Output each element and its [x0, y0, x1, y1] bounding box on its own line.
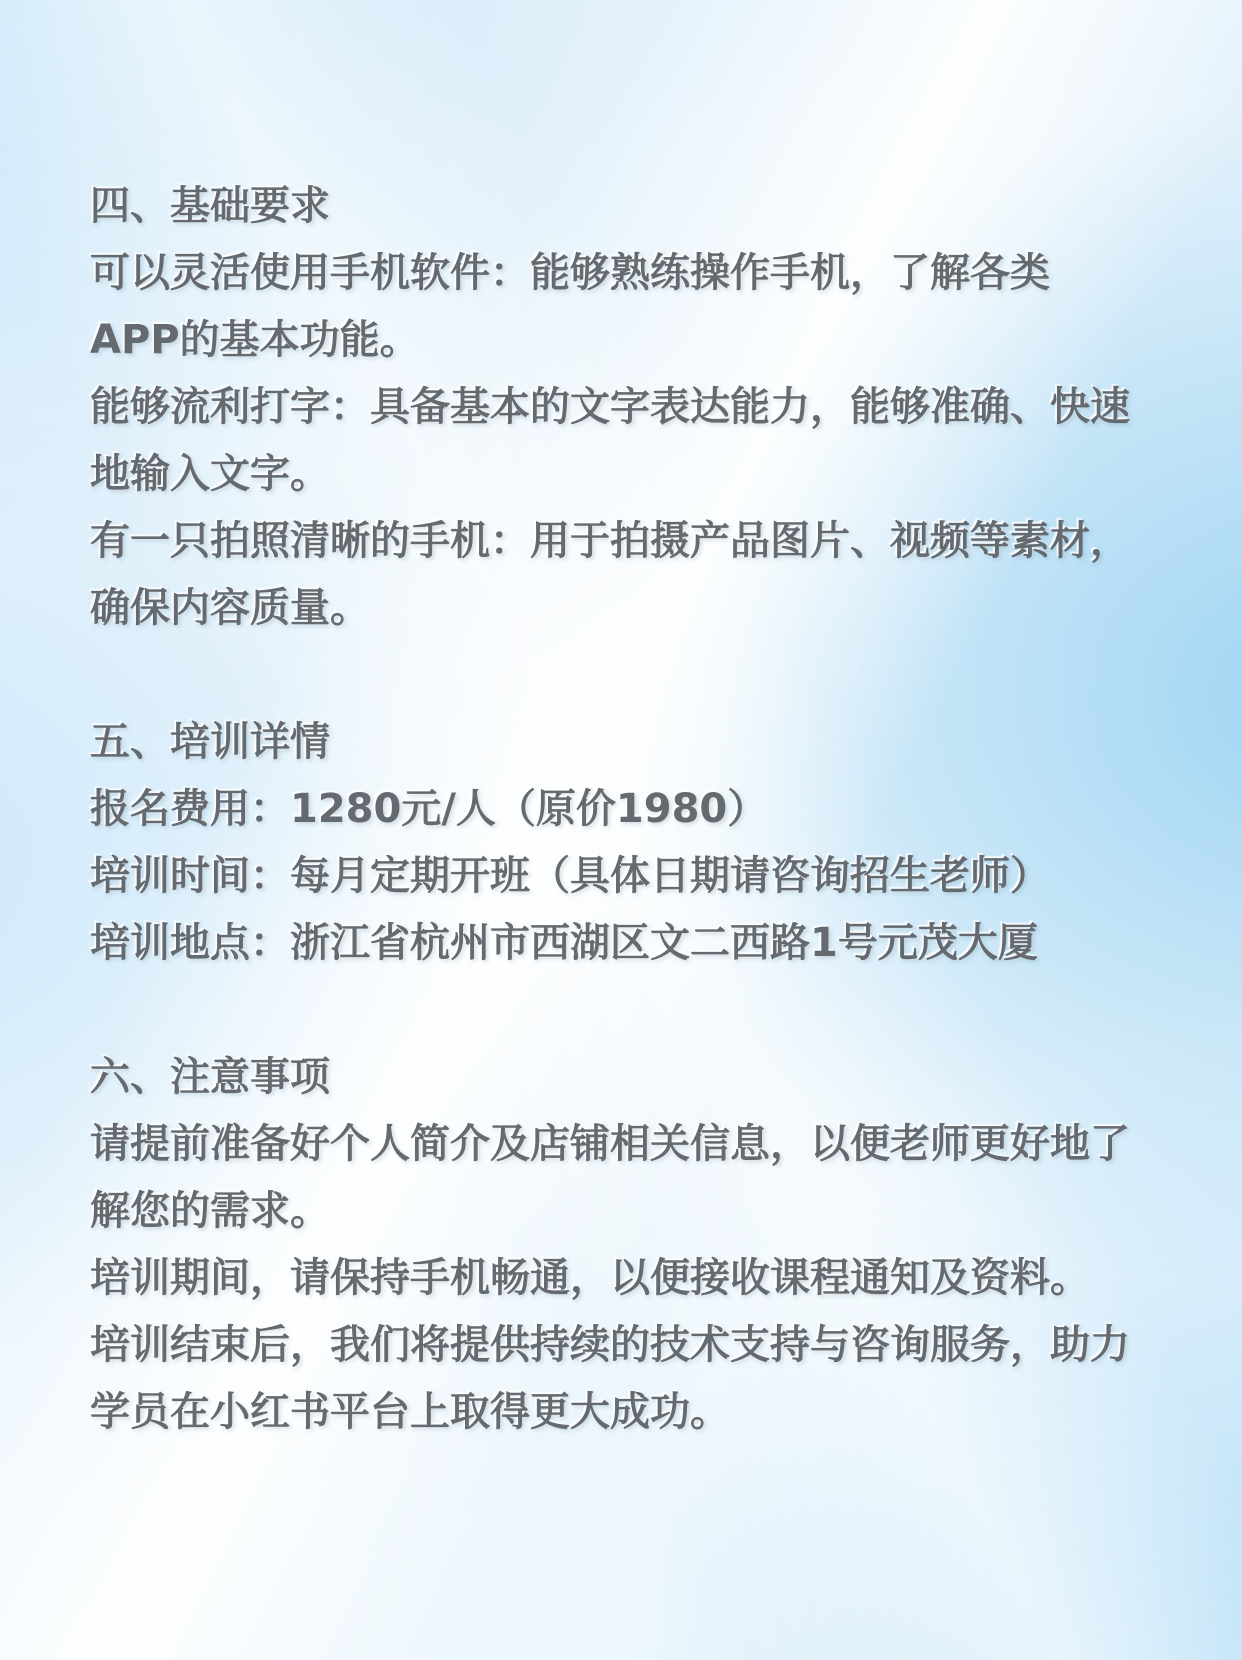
- poster-text-content: 四、基础要求 可以灵活使用手机软件：能够熟练操作手机，了解各类 APP的基本功能…: [0, 0, 1242, 1446]
- promo-poster-background: 四、基础要求 可以灵活使用手机软件：能够熟练操作手机，了解各类 APP的基本功能…: [0, 0, 1242, 1660]
- paragraph-prepare-profile: 请提前准备好个人简介及店铺相关信息，以便老师更好地了 解您的需求。: [90, 1111, 1172, 1245]
- paragraph-fee: 报名费用：1280元/人（原价1980）: [90, 776, 1172, 843]
- paragraph-post-training-support: 培训结束后，我们将提供持续的技术支持与咨询服务，助力 学员在小红书平台上取得更大…: [90, 1312, 1172, 1446]
- paragraph-camera-phone: 有一只拍照清晰的手机：用于拍摄产品图片、视频等素材， 确保内容质量。: [90, 508, 1172, 642]
- paragraph-typing: 能够流利打字：具备基本的文字表达能力，能够准确、快速 地输入文字。: [90, 374, 1172, 508]
- section-heading-training-details: 五、培训详情: [90, 709, 1172, 776]
- paragraph-schedule: 培训时间：每月定期开班（具体日期请咨询招生老师）: [90, 843, 1172, 910]
- section-basic-requirements: 四、基础要求 可以灵活使用手机软件：能够熟练操作手机，了解各类 APP的基本功能…: [90, 173, 1172, 642]
- paragraph-location: 培训地点：浙江省杭州市西湖区文二西路1号元茂大厦: [90, 910, 1172, 977]
- section-heading-basic-requirements: 四、基础要求: [90, 173, 1172, 240]
- paragraph-keep-phone-on: 培训期间，请保持手机畅通，以便接收课程通知及资料。: [90, 1245, 1172, 1312]
- paragraph-phone-software: 可以灵活使用手机软件：能够熟练操作手机，了解各类 APP的基本功能。: [90, 240, 1172, 374]
- section-heading-notes: 六、注意事项: [90, 1044, 1172, 1111]
- section-training-details: 五、培训详情 报名费用：1280元/人（原价1980） 培训时间：每月定期开班（…: [90, 709, 1172, 977]
- section-notes: 六、注意事项 请提前准备好个人简介及店铺相关信息，以便老师更好地了 解您的需求。…: [90, 1044, 1172, 1446]
